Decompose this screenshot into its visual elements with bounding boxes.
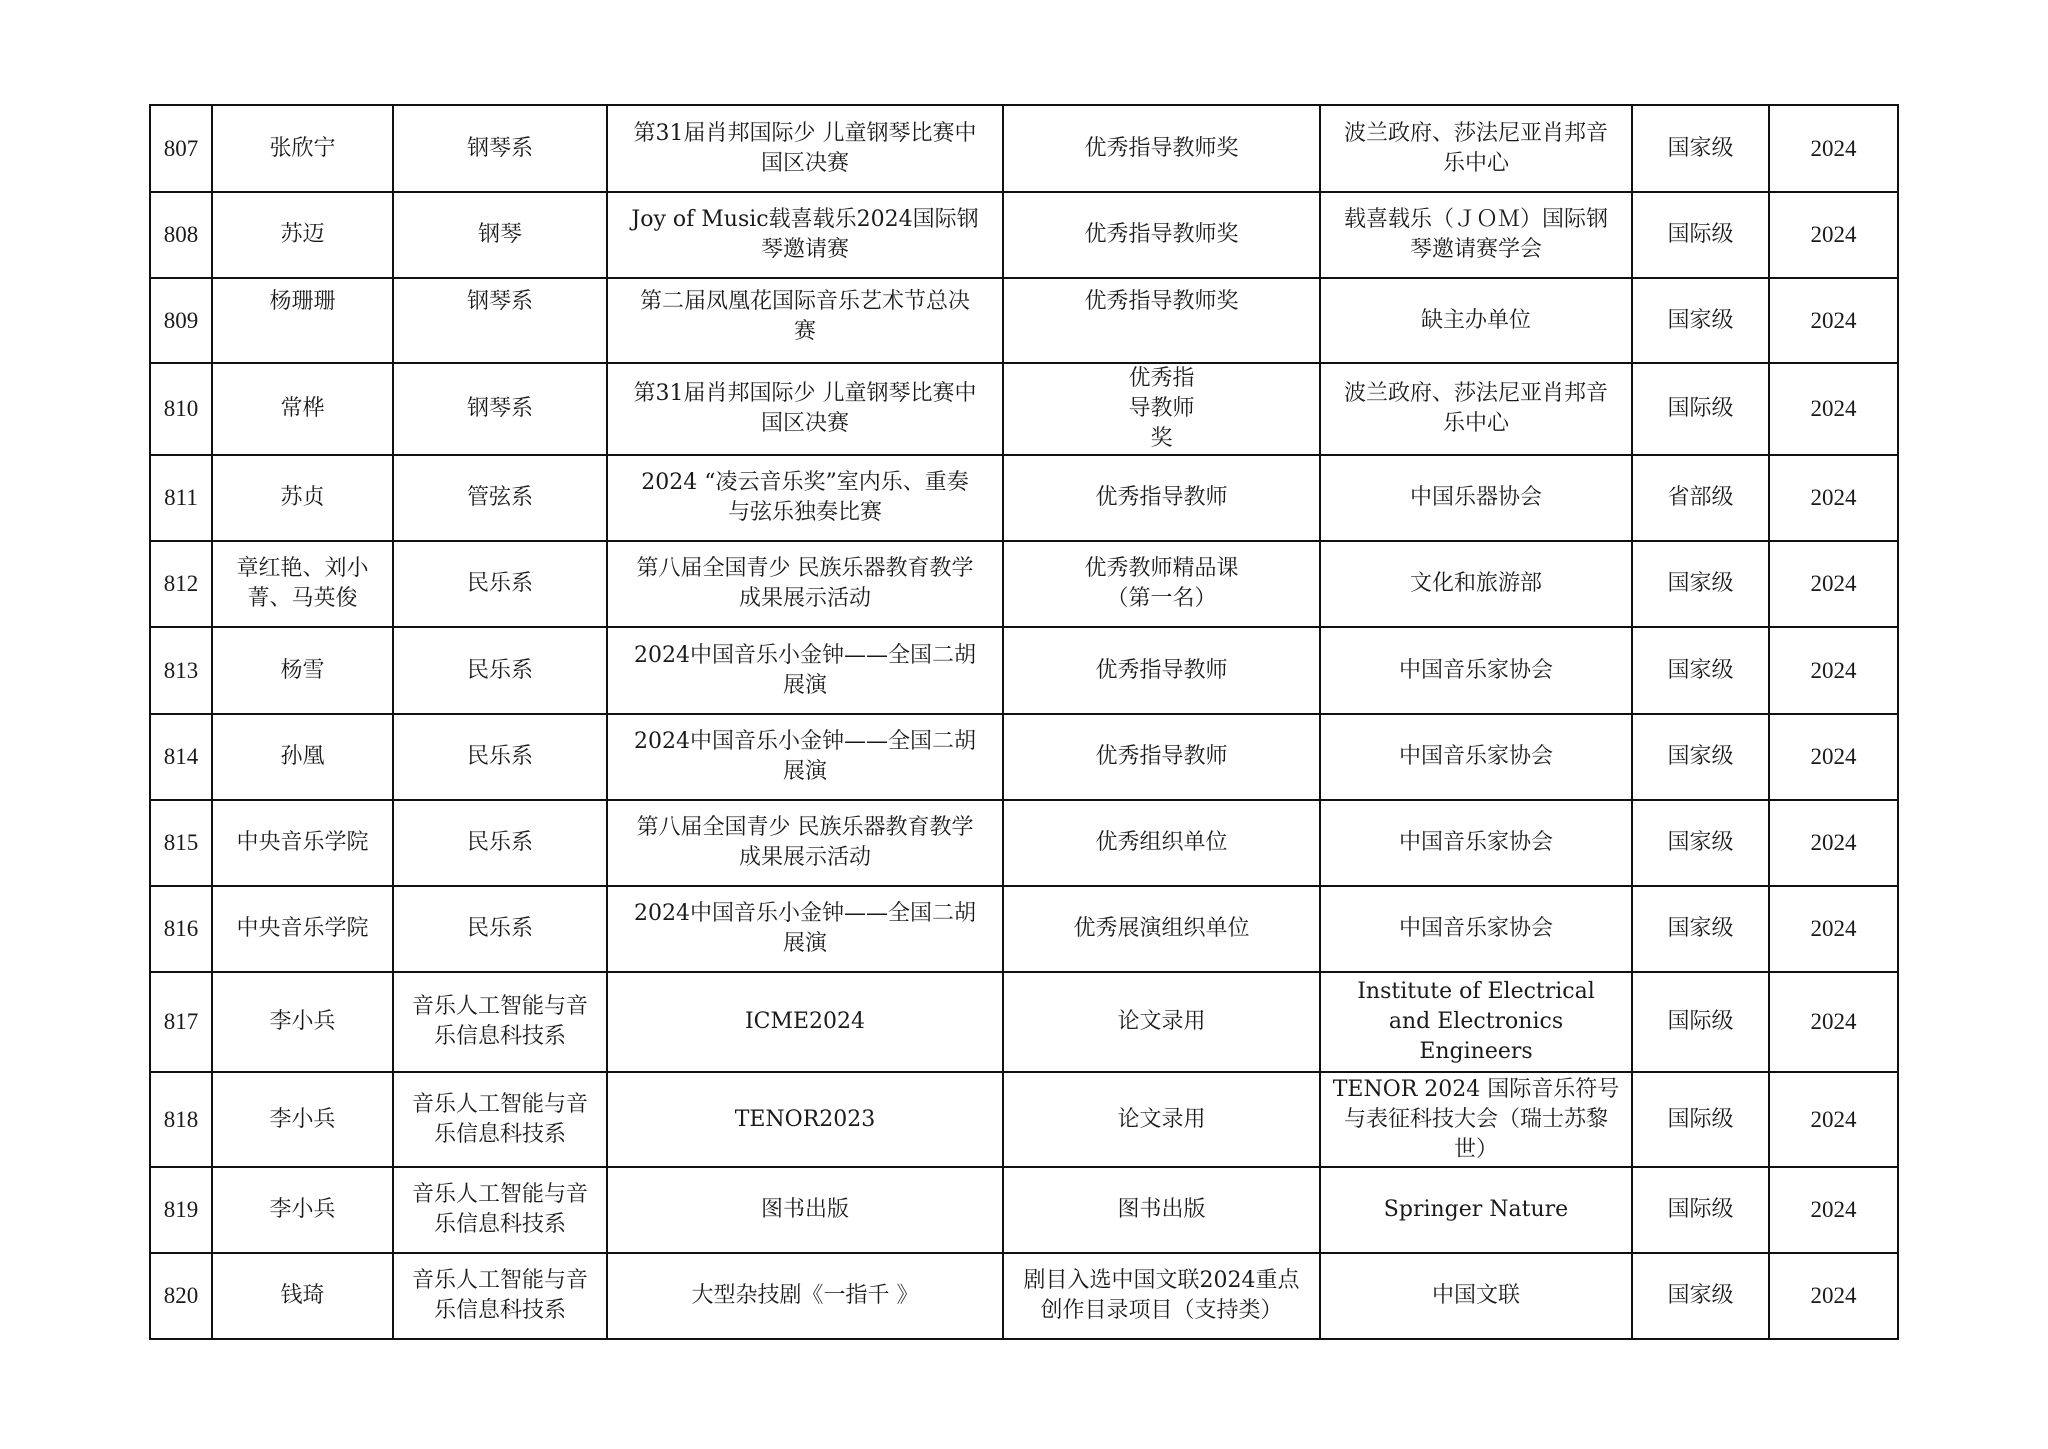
cell-year: 2024: [1769, 1072, 1898, 1167]
table-row: 819李小兵音乐人工智能与音乐信息科技系图书出版图书出版Springer Nat…: [150, 1167, 1898, 1253]
year-text: 2024: [1811, 308, 1857, 333]
award-line: 剧目入选中国文联2024重点: [1008, 1266, 1315, 1296]
cell-level: 省部级: [1632, 455, 1769, 541]
cell-year: 2024: [1769, 455, 1898, 541]
name-line: 苏迈: [217, 220, 388, 250]
department-line: 音乐人工智能与音: [398, 1090, 602, 1120]
year-text: 2024: [1811, 1009, 1857, 1034]
event-line: ICME2024: [612, 1007, 998, 1037]
event-line: 2024中国音乐小金钟——全国二胡: [612, 727, 998, 757]
cell-year: 2024: [1769, 627, 1898, 714]
cell-award: 优秀指导教师奖: [1003, 363, 1320, 455]
organizer-line: and Electronics: [1325, 1007, 1627, 1037]
event-line: TENOR2023: [612, 1105, 998, 1135]
organizer-line: 中国乐器协会: [1325, 483, 1627, 513]
department-line: 钢琴系: [398, 287, 602, 317]
name-line: 苏贞: [217, 483, 388, 513]
organizer-line: 载喜载乐（ＪＯＭ）国际钢: [1325, 205, 1627, 235]
level-text: 国际级: [1667, 222, 1733, 247]
event-line: 展演: [612, 757, 998, 787]
cell-award: 优秀指导教师奖: [1003, 105, 1320, 192]
cell-award: 优秀组织单位: [1003, 800, 1320, 886]
year-text: 2024: [1811, 136, 1857, 161]
organizer-line: 乐中心: [1325, 409, 1627, 439]
award-table-body: 807张欣宁钢琴系第31届肖邦国际少 儿童钢琴比赛中国区决赛优秀指导教师奖波兰政…: [150, 105, 1898, 1339]
department-line: 钢琴: [398, 220, 602, 250]
index-text: 815: [164, 830, 199, 855]
index-text: 812: [164, 571, 199, 596]
cell-organizer: 中国音乐家协会: [1320, 714, 1632, 800]
department-line: 民乐系: [398, 656, 602, 686]
event-line: Joy of Music载喜载乐2024国际钢: [612, 205, 998, 235]
cell-level: 国际级: [1632, 363, 1769, 455]
cell-year: 2024: [1769, 192, 1898, 278]
cell-index: 811: [150, 455, 212, 541]
level-text: 省部级: [1667, 485, 1733, 510]
cell-year: 2024: [1769, 886, 1898, 972]
organizer-line: 波兰政府、莎法尼亚肖邦音: [1325, 119, 1627, 149]
index-text: 817: [164, 1009, 199, 1034]
cell-award: 论文录用: [1003, 1072, 1320, 1167]
department-line: 音乐人工智能与音: [398, 1180, 602, 1210]
table-row: 813杨雪民乐系2024中国音乐小金钟——全国二胡展演优秀指导教师中国音乐家协会…: [150, 627, 1898, 714]
event-line: 国区决赛: [612, 409, 998, 439]
award-line: 优秀展演组织单位: [1008, 914, 1315, 944]
cell-organizer: 波兰政府、莎法尼亚肖邦音乐中心: [1320, 105, 1632, 192]
cell-award: 优秀指导教师: [1003, 455, 1320, 541]
event-line: 国区决赛: [612, 149, 998, 179]
name-line: 中央音乐学院: [217, 828, 388, 858]
cell-organizer: TENOR 2024 国际音乐符号与表征科技大会（瑞士苏黎世）: [1320, 1072, 1632, 1167]
department-line: 乐信息科技系: [398, 1120, 602, 1150]
cell-event: 第二届凤凰花国际音乐艺术节总决赛: [607, 278, 1003, 363]
cell-organizer: Institute of Electricaland ElectronicsEn…: [1320, 972, 1632, 1072]
cell-organizer: 缺主办单位: [1320, 278, 1632, 363]
event-line: 2024中国音乐小金钟——全国二胡: [612, 641, 998, 671]
cell-level: 国家级: [1632, 278, 1769, 363]
cell-year: 2024: [1769, 363, 1898, 455]
cell-event: 第31届肖邦国际少 儿童钢琴比赛中国区决赛: [607, 363, 1003, 455]
cell-name: 孙凰: [212, 714, 393, 800]
award-line: （第一名）: [1008, 584, 1315, 614]
name-line: 章红艳、刘小: [217, 554, 388, 584]
cell-name: 张欣宁: [212, 105, 393, 192]
cell-year: 2024: [1769, 1253, 1898, 1339]
year-text: 2024: [1811, 1283, 1857, 1308]
award-line: 论文录用: [1008, 1105, 1315, 1135]
cell-name: 李小兵: [212, 1167, 393, 1253]
event-line: 与弦乐独奏比赛: [612, 498, 998, 528]
cell-index: 819: [150, 1167, 212, 1253]
cell-event: 2024中国音乐小金钟——全国二胡展演: [607, 886, 1003, 972]
cell-level: 国际级: [1632, 1072, 1769, 1167]
award-line: 创作目录项目（支持类）: [1008, 1296, 1315, 1326]
cell-event: 第31届肖邦国际少 儿童钢琴比赛中国区决赛: [607, 105, 1003, 192]
organizer-line: 与表征科技大会（瑞士苏黎: [1325, 1105, 1627, 1135]
organizer-line: 波兰政府、莎法尼亚肖邦音: [1325, 379, 1627, 409]
event-line: 2024中国音乐小金钟——全国二胡: [612, 899, 998, 929]
department-line: 民乐系: [398, 828, 602, 858]
department-line: 民乐系: [398, 569, 602, 599]
level-text: 国家级: [1667, 916, 1733, 941]
year-text: 2024: [1811, 222, 1857, 247]
department-line: 音乐人工智能与音: [398, 992, 602, 1022]
level-text: 国际级: [1667, 1197, 1733, 1222]
table-row: 817李小兵音乐人工智能与音乐信息科技系ICME2024论文录用Institut…: [150, 972, 1898, 1072]
organizer-line: Institute of Electrical: [1325, 977, 1627, 1007]
cell-name: 章红艳、刘小菁、马英俊: [212, 541, 393, 627]
event-line: 成果展示活动: [612, 843, 998, 873]
cell-level: 国际级: [1632, 972, 1769, 1072]
index-text: 818: [164, 1107, 199, 1132]
cell-year: 2024: [1769, 278, 1898, 363]
year-text: 2024: [1811, 916, 1857, 941]
cell-event: 2024中国音乐小金钟——全国二胡展演: [607, 714, 1003, 800]
year-text: 2024: [1811, 485, 1857, 510]
cell-index: 817: [150, 972, 212, 1072]
organizer-line: 中国音乐家协会: [1325, 914, 1627, 944]
department-line: 民乐系: [398, 914, 602, 944]
cell-level: 国家级: [1632, 105, 1769, 192]
organizer-line: 中国文联: [1325, 1281, 1627, 1311]
cell-department: 音乐人工智能与音乐信息科技系: [393, 1167, 607, 1253]
cell-name: 苏迈: [212, 192, 393, 278]
cell-name: 杨珊珊: [212, 278, 393, 363]
cell-index: 807: [150, 105, 212, 192]
cell-year: 2024: [1769, 972, 1898, 1072]
organizer-line: 世）: [1325, 1135, 1627, 1165]
department-line: 钢琴系: [398, 394, 602, 424]
award-line: 优秀指导教师: [1008, 656, 1315, 686]
cell-department: 钢琴: [393, 192, 607, 278]
organizer-line: 中国音乐家协会: [1325, 828, 1627, 858]
organizer-line: 乐中心: [1325, 149, 1627, 179]
table-row: 807张欣宁钢琴系第31届肖邦国际少 儿童钢琴比赛中国区决赛优秀指导教师奖波兰政…: [150, 105, 1898, 192]
table-row: 810常桦钢琴系第31届肖邦国际少 儿童钢琴比赛中国区决赛优秀指导教师奖波兰政府…: [150, 363, 1898, 455]
cell-name: 苏贞: [212, 455, 393, 541]
index-text: 820: [164, 1283, 199, 1308]
organizer-line: 文化和旅游部: [1325, 569, 1627, 599]
cell-level: 国际级: [1632, 192, 1769, 278]
cell-name: 李小兵: [212, 1072, 393, 1167]
cell-name: 中央音乐学院: [212, 800, 393, 886]
organizer-line: 中国音乐家协会: [1325, 656, 1627, 686]
cell-award: 优秀展演组织单位: [1003, 886, 1320, 972]
award-line: 优秀指导教师奖: [1008, 220, 1315, 250]
organizer-line: 缺主办单位: [1325, 306, 1627, 336]
department-line: 乐信息科技系: [398, 1022, 602, 1052]
cell-year: 2024: [1769, 800, 1898, 886]
table-row: 818李小兵音乐人工智能与音乐信息科技系TENOR2023论文录用TENOR 2…: [150, 1072, 1898, 1167]
cell-index: 815: [150, 800, 212, 886]
cell-event: 第八届全国青少 民族乐器教育教学成果展示活动: [607, 541, 1003, 627]
name-line: 菁、马英俊: [217, 584, 388, 614]
cell-event: TENOR2023: [607, 1072, 1003, 1167]
cell-year: 2024: [1769, 105, 1898, 192]
cell-level: 国家级: [1632, 1253, 1769, 1339]
award-line: 优秀指导教师: [1008, 483, 1315, 513]
cell-name: 钱琦: [212, 1253, 393, 1339]
cell-award: 优秀指导教师: [1003, 627, 1320, 714]
organizer-line: Engineers: [1325, 1037, 1627, 1067]
cell-award: 优秀指导教师奖: [1003, 192, 1320, 278]
award-line: 论文录用: [1008, 1007, 1315, 1037]
cell-department: 管弦系: [393, 455, 607, 541]
event-line: 成果展示活动: [612, 584, 998, 614]
level-text: 国际级: [1667, 1009, 1733, 1034]
cell-level: 国家级: [1632, 886, 1769, 972]
cell-department: 民乐系: [393, 627, 607, 714]
cell-level: 国家级: [1632, 541, 1769, 627]
cell-department: 民乐系: [393, 714, 607, 800]
table-row: 811苏贞管弦系2024 “凌云音乐奖”室内乐、重奏与弦乐独奏比赛优秀指导教师中…: [150, 455, 1898, 541]
cell-event: Joy of Music载喜载乐2024国际钢琴邀请赛: [607, 192, 1003, 278]
cell-event: 大型杂技剧《一指千 》: [607, 1253, 1003, 1339]
cell-organizer: 波兰政府、莎法尼亚肖邦音乐中心: [1320, 363, 1632, 455]
cell-organizer: 文化和旅游部: [1320, 541, 1632, 627]
organizer-line: Springer Nature: [1325, 1195, 1627, 1225]
level-text: 国家级: [1667, 136, 1733, 161]
award-line: 优秀组织单位: [1008, 828, 1315, 858]
award-line: 图书出版: [1008, 1195, 1315, 1225]
table-row: 809杨珊珊钢琴系第二届凤凰花国际音乐艺术节总决赛优秀指导教师奖缺主办单位国家级…: [150, 278, 1898, 363]
name-line: 李小兵: [217, 1195, 388, 1225]
award-line: 优秀指: [1008, 364, 1315, 394]
index-text: 814: [164, 744, 199, 769]
cell-event: 2024中国音乐小金钟——全国二胡展演: [607, 627, 1003, 714]
level-text: 国家级: [1667, 830, 1733, 855]
cell-organizer: 中国乐器协会: [1320, 455, 1632, 541]
cell-year: 2024: [1769, 714, 1898, 800]
cell-level: 国际级: [1632, 1167, 1769, 1253]
cell-department: 钢琴系: [393, 363, 607, 455]
cell-department: 民乐系: [393, 800, 607, 886]
cell-level: 国家级: [1632, 800, 1769, 886]
index-text: 816: [164, 916, 199, 941]
cell-name: 杨雪: [212, 627, 393, 714]
index-text: 819: [164, 1197, 199, 1222]
cell-index: 818: [150, 1072, 212, 1167]
cell-department: 民乐系: [393, 886, 607, 972]
cell-name: 中央音乐学院: [212, 886, 393, 972]
level-text: 国际级: [1667, 1107, 1733, 1132]
level-text: 国家级: [1667, 571, 1733, 596]
level-text: 国际级: [1667, 396, 1733, 421]
name-line: 孙凰: [217, 742, 388, 772]
organizer-line: 中国音乐家协会: [1325, 742, 1627, 772]
cell-index: 816: [150, 886, 212, 972]
event-line: 展演: [612, 671, 998, 701]
cell-organizer: 载喜载乐（ＪＯＭ）国际钢琴邀请赛学会: [1320, 192, 1632, 278]
table-row: 808苏迈钢琴Joy of Music载喜载乐2024国际钢琴邀请赛优秀指导教师…: [150, 192, 1898, 278]
department-line: 民乐系: [398, 742, 602, 772]
department-line: 管弦系: [398, 483, 602, 513]
event-line: 第二届凤凰花国际音乐艺术节总决: [612, 287, 998, 317]
cell-index: 810: [150, 363, 212, 455]
index-text: 811: [164, 485, 198, 510]
cell-award: 论文录用: [1003, 972, 1320, 1072]
cell-award: 优秀指导教师: [1003, 714, 1320, 800]
cell-department: 民乐系: [393, 541, 607, 627]
cell-organizer: 中国文联: [1320, 1253, 1632, 1339]
level-text: 国家级: [1667, 744, 1733, 769]
year-text: 2024: [1811, 571, 1857, 596]
department-line: 乐信息科技系: [398, 1296, 602, 1326]
event-line: 图书出版: [612, 1195, 998, 1225]
name-line: 杨珊珊: [217, 287, 388, 317]
cell-index: 813: [150, 627, 212, 714]
event-line: 赛: [612, 317, 998, 347]
event-line: 第31届肖邦国际少 儿童钢琴比赛中: [612, 379, 998, 409]
event-line: 2024 “凌云音乐奖”室内乐、重奏: [612, 468, 998, 498]
name-line: 常桦: [217, 394, 388, 424]
name-line: 李小兵: [217, 1007, 388, 1037]
cell-index: 820: [150, 1253, 212, 1339]
cell-organizer: 中国音乐家协会: [1320, 800, 1632, 886]
year-text: 2024: [1811, 658, 1857, 683]
name-line: 杨雪: [217, 656, 388, 686]
cell-name: 李小兵: [212, 972, 393, 1072]
index-text: 808: [164, 222, 199, 247]
event-line: 第八届全国青少 民族乐器教育教学: [612, 813, 998, 843]
award-table: 807张欣宁钢琴系第31届肖邦国际少 儿童钢琴比赛中国区决赛优秀指导教师奖波兰政…: [149, 104, 1899, 1340]
cell-award: 剧目入选中国文联2024重点创作目录项目（支持类）: [1003, 1253, 1320, 1339]
cell-level: 国家级: [1632, 714, 1769, 800]
table-row: 812章红艳、刘小菁、马英俊民乐系第八届全国青少 民族乐器教育教学成果展示活动优…: [150, 541, 1898, 627]
cell-name: 常桦: [212, 363, 393, 455]
cell-award: 优秀指导教师奖: [1003, 278, 1320, 363]
cell-index: 808: [150, 192, 212, 278]
award-line: 优秀教师精品课: [1008, 554, 1315, 584]
table-row: 815中央音乐学院民乐系第八届全国青少 民族乐器教育教学成果展示活动优秀组织单位…: [150, 800, 1898, 886]
year-text: 2024: [1811, 744, 1857, 769]
cell-organizer: Springer Nature: [1320, 1167, 1632, 1253]
cell-award: 图书出版: [1003, 1167, 1320, 1253]
cell-organizer: 中国音乐家协会: [1320, 627, 1632, 714]
name-line: 钱琦: [217, 1281, 388, 1311]
award-line: 优秀指导教师奖: [1008, 287, 1315, 317]
cell-department: 钢琴系: [393, 105, 607, 192]
cell-year: 2024: [1769, 541, 1898, 627]
cell-organizer: 中国音乐家协会: [1320, 886, 1632, 972]
award-line: 优秀指导教师奖: [1008, 134, 1315, 164]
event-line: 琴邀请赛: [612, 235, 998, 265]
index-text: 809: [164, 308, 199, 333]
level-text: 国家级: [1667, 658, 1733, 683]
award-line: 奖: [1008, 424, 1315, 454]
year-text: 2024: [1811, 830, 1857, 855]
cell-award: 优秀教师精品课（第一名）: [1003, 541, 1320, 627]
cell-department: 音乐人工智能与音乐信息科技系: [393, 1072, 607, 1167]
department-line: 钢琴系: [398, 134, 602, 164]
cell-department: 音乐人工智能与音乐信息科技系: [393, 1253, 607, 1339]
department-line: 音乐人工智能与音: [398, 1266, 602, 1296]
cell-event: 第八届全国青少 民族乐器教育教学成果展示活动: [607, 800, 1003, 886]
level-text: 国家级: [1667, 1283, 1733, 1308]
year-text: 2024: [1811, 1107, 1857, 1132]
cell-index: 814: [150, 714, 212, 800]
cell-event: ICME2024: [607, 972, 1003, 1072]
table-row: 820钱琦音乐人工智能与音乐信息科技系大型杂技剧《一指千 》剧目入选中国文联20…: [150, 1253, 1898, 1339]
event-line: 第31届肖邦国际少 儿童钢琴比赛中: [612, 119, 998, 149]
index-text: 807: [164, 136, 199, 161]
cell-event: 2024 “凌云音乐奖”室内乐、重奏与弦乐独奏比赛: [607, 455, 1003, 541]
award-line: 导教师: [1008, 394, 1315, 424]
index-text: 810: [164, 396, 199, 421]
cell-department: 音乐人工智能与音乐信息科技系: [393, 972, 607, 1072]
department-line: 乐信息科技系: [398, 1210, 602, 1240]
cell-event: 图书出版: [607, 1167, 1003, 1253]
event-line: 第八届全国青少 民族乐器教育教学: [612, 554, 998, 584]
year-text: 2024: [1811, 1197, 1857, 1222]
index-text: 813: [164, 658, 199, 683]
level-text: 国家级: [1667, 308, 1733, 333]
cell-level: 国家级: [1632, 627, 1769, 714]
year-text: 2024: [1811, 396, 1857, 421]
table-row: 814孙凰民乐系2024中国音乐小金钟——全国二胡展演优秀指导教师中国音乐家协会…: [150, 714, 1898, 800]
organizer-line: 琴邀请赛学会: [1325, 235, 1627, 265]
name-line: 李小兵: [217, 1105, 388, 1135]
cell-index: 809: [150, 278, 212, 363]
cell-department: 钢琴系: [393, 278, 607, 363]
event-line: 大型杂技剧《一指千 》: [612, 1281, 998, 1311]
award-line: 优秀指导教师: [1008, 742, 1315, 772]
name-line: 张欣宁: [217, 134, 388, 164]
table-row: 816中央音乐学院民乐系2024中国音乐小金钟——全国二胡展演优秀展演组织单位中…: [150, 886, 1898, 972]
event-line: 展演: [612, 929, 998, 959]
cell-year: 2024: [1769, 1167, 1898, 1253]
name-line: 中央音乐学院: [217, 914, 388, 944]
organizer-line: TENOR 2024 国际音乐符号: [1325, 1075, 1627, 1105]
cell-index: 812: [150, 541, 212, 627]
